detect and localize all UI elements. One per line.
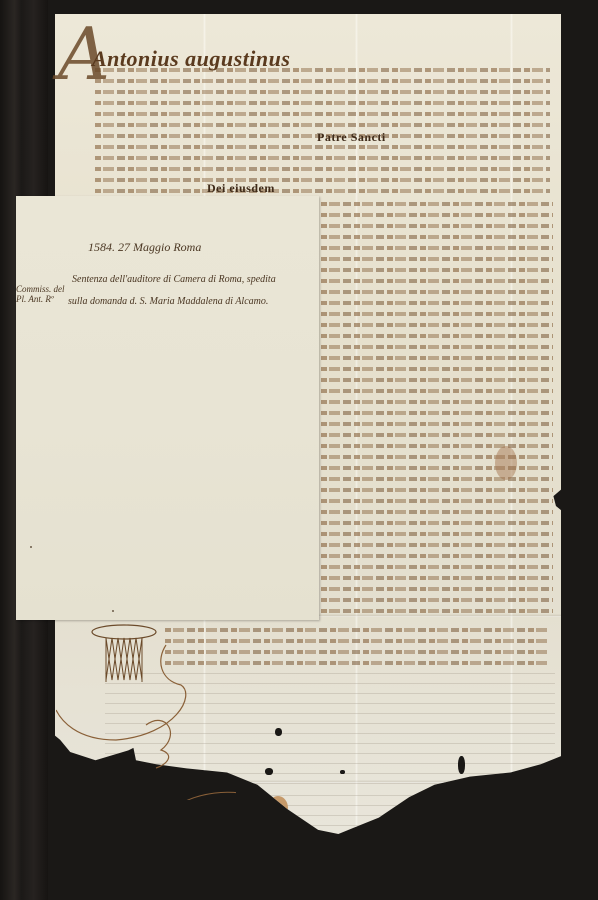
note-date: 1584. 27 Maggio Roma bbox=[88, 240, 201, 255]
speck bbox=[112, 610, 114, 612]
note-line-1: Sentenza dell'auditore di Camera di Roma… bbox=[72, 274, 312, 285]
signature-flourish bbox=[56, 640, 236, 800]
note-margin: Commiss. del Pl. Ant. Rº bbox=[16, 284, 76, 304]
latin-text-block-right bbox=[321, 198, 553, 616]
speck bbox=[30, 546, 32, 548]
note-line-2: sulla domanda d. S. Maria Maddalena di A… bbox=[68, 296, 318, 307]
worm-hole bbox=[265, 768, 273, 775]
rubric-dei-eiusdem: Dei eiusdem bbox=[207, 181, 275, 196]
document-heading: Antonius augustinus bbox=[92, 46, 290, 72]
worm-hole bbox=[458, 756, 465, 774]
stain bbox=[495, 446, 517, 480]
worm-hole bbox=[275, 728, 282, 736]
worm-hole bbox=[340, 770, 345, 774]
rubric-patre-sancti: Patre Sancti bbox=[317, 130, 386, 145]
inserted-note-sheet: 1584. 27 Maggio Roma Sentenza dell'audit… bbox=[16, 196, 319, 620]
